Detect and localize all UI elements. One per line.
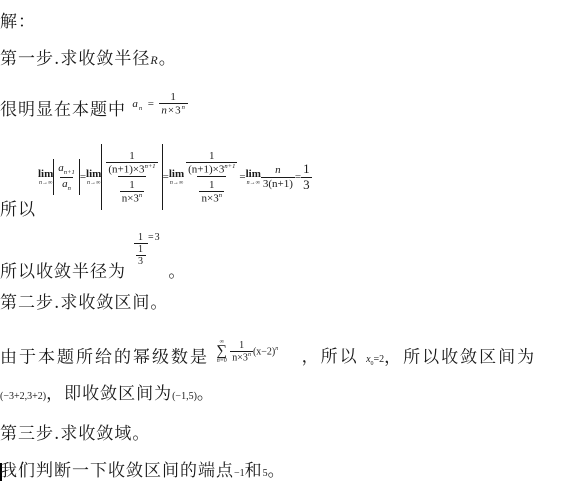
limit-operator: limn→∞ bbox=[169, 169, 184, 186]
den: 3(n+1) bbox=[261, 177, 295, 190]
limit-operator: limn→∞ bbox=[246, 169, 261, 186]
one: 1 bbox=[127, 179, 137, 191]
limit-operator: limn→∞ bbox=[86, 169, 101, 186]
ratio-fraction: an+1 an bbox=[56, 162, 77, 192]
radius-formula: 113=3 bbox=[134, 232, 161, 267]
lim-sub: n→∞ bbox=[170, 180, 183, 186]
sigma-sym: ∑ bbox=[216, 345, 227, 359]
compound-fraction: 1(n+1)×3n+1 1n×3n bbox=[104, 150, 159, 205]
limit-computation: limn→∞ an+1 an = limn→∞ 1(n+1)×3n+1 1n×3… bbox=[38, 142, 312, 212]
num: 1 bbox=[301, 162, 312, 176]
lim-sub: n→∞ bbox=[247, 180, 260, 186]
series-tail: ，所以收敛区间为 bbox=[384, 347, 536, 367]
val: =2 bbox=[374, 354, 385, 365]
lim-sub: n→∞ bbox=[87, 180, 100, 186]
interval-line: (−3+2,3+2)，即收敛区间为(−1,5)。 bbox=[0, 384, 215, 407]
compound-fraction-2: 1(n+1)×3n+1 1n×3n bbox=[184, 150, 239, 205]
step2-title: 第二步.求收敛区间。 bbox=[0, 293, 168, 313]
lim-word: lim bbox=[86, 169, 101, 180]
endpoint-line: 我们判断一下收敛区间的端点−1和5。 bbox=[0, 461, 286, 484]
num: 1 bbox=[136, 244, 146, 255]
x0-formula: x0=2 bbox=[366, 354, 384, 365]
den: 3 bbox=[136, 255, 146, 267]
den: n×3 bbox=[122, 192, 139, 204]
interval-result: (−1,5) bbox=[172, 391, 197, 402]
sub: n+1 bbox=[64, 169, 75, 176]
interval-text: ，即收敛区间为 bbox=[46, 384, 172, 404]
equals: = bbox=[148, 98, 155, 110]
series-mid: ，所以 bbox=[302, 347, 359, 367]
num: 1 bbox=[237, 340, 246, 351]
one: 1 bbox=[127, 150, 137, 162]
and: 和 bbox=[245, 461, 263, 481]
exp: n+1 bbox=[145, 163, 156, 170]
exp: n+1 bbox=[224, 163, 235, 170]
series-fraction: 1n×3n bbox=[230, 340, 253, 363]
den: n×3 bbox=[201, 192, 218, 204]
limit-prefix: 所以 bbox=[0, 200, 36, 220]
an-fraction: 1 n×3n bbox=[159, 91, 188, 117]
denominator: n×3n bbox=[159, 103, 188, 117]
exp: n bbox=[139, 192, 142, 199]
den: n×3 bbox=[232, 353, 248, 364]
sigma: ∞∑n=0 bbox=[216, 340, 227, 364]
equals-three: =3 bbox=[148, 232, 161, 243]
series-formula: ∞∑n=0 1n×3n(x−2)n bbox=[216, 339, 278, 364]
radius-text: 所以收敛半径为 bbox=[0, 262, 126, 282]
result-fraction: 13 bbox=[301, 162, 312, 192]
step1-line: 第一步.求收敛半径R。 bbox=[0, 49, 177, 70]
an-formula: an = 1 n×3n bbox=[132, 97, 188, 110]
limit-operator: limn→∞ bbox=[38, 169, 53, 186]
den: 3 bbox=[301, 177, 312, 192]
step1-title: 第一步.求收敛半径 bbox=[0, 49, 150, 69]
period: 。 bbox=[268, 461, 286, 481]
endpoint-text: 我们判断一下收敛区间的端点 bbox=[0, 461, 234, 481]
period: 。 bbox=[197, 384, 215, 404]
compound-abs: 1(n+1)×3n+1 1n×3n bbox=[101, 144, 162, 210]
num: n bbox=[273, 164, 283, 176]
solution-heading: 解： bbox=[0, 12, 36, 32]
one: 1 bbox=[207, 179, 217, 191]
lim-word: lim bbox=[169, 169, 184, 180]
series-line: 由于本题所给的幂级数是 ∞∑n=0 1n×3n(x−2)n ，所以 x0=2，所… bbox=[0, 347, 536, 374]
lower: n=0 bbox=[217, 359, 227, 364]
radius-symbol: R bbox=[150, 53, 158, 67]
exp: n bbox=[182, 104, 186, 111]
an-intro-text: 很明显在本题中 bbox=[0, 100, 126, 120]
den: (n+1)×3 bbox=[188, 163, 224, 175]
numerator: 1 bbox=[168, 91, 179, 103]
lim-word: lim bbox=[38, 169, 53, 180]
an-sub: n bbox=[139, 105, 143, 112]
exp: n bbox=[248, 352, 251, 358]
den: (n+1)×3 bbox=[108, 163, 144, 175]
ratio-abs: an+1 an bbox=[53, 159, 80, 195]
radius-fraction: 113 bbox=[134, 232, 148, 267]
lim-sub: n→∞ bbox=[39, 180, 52, 186]
exp: n bbox=[219, 192, 222, 199]
series-text: 由于本题所给的幂级数是 bbox=[0, 347, 209, 367]
endpoint-1: −1 bbox=[234, 468, 245, 479]
step3-title: 第三步.求收敛域。 bbox=[0, 424, 150, 444]
an-definition-line: 很明显在本题中 an = 1 n×3n bbox=[0, 99, 188, 127]
interval-expr: (−3+2,3+2) bbox=[0, 391, 46, 402]
sub: n bbox=[68, 185, 71, 192]
period: 。 bbox=[168, 262, 186, 282]
factor: (x−2) bbox=[253, 346, 275, 357]
simplified-fraction: n3(n+1) bbox=[261, 164, 295, 189]
lim-word: lim bbox=[246, 169, 261, 180]
period: 。 bbox=[159, 49, 177, 69]
one: 1 bbox=[207, 150, 217, 162]
num: 1 bbox=[136, 232, 146, 243]
exp: n bbox=[275, 346, 278, 352]
radius-line: 所以收敛半径为 113=3 。 bbox=[0, 262, 186, 282]
